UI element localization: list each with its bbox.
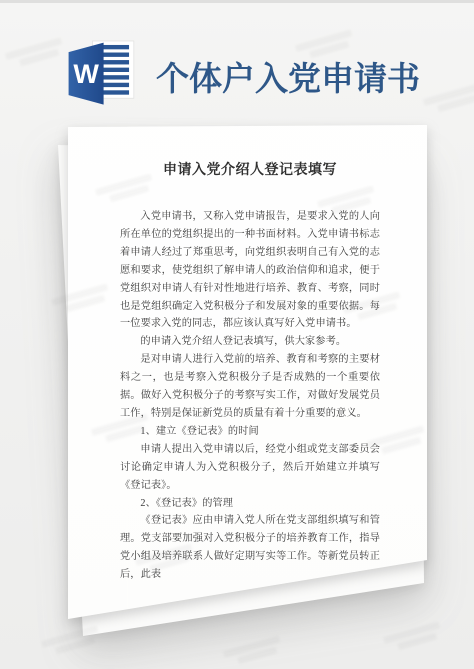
document-body: 申请入党介绍人登记表填写 入党申请书，又称入党申请报告，是要求入党的人向所在单位… — [120, 159, 380, 584]
paper-shadow: 申请入党介绍人登记表填写 入党申请书，又称入党申请报告，是要求入党的人向所在单位… — [0, 3, 474, 669]
document-paragraph: 的申请入党介绍人登记表填写，供大家参考。 — [120, 333, 380, 351]
document-paragraph: 2、《登记表》的管理 — [120, 495, 380, 513]
template-preview-card: W 个体户入党申请书 申请入党介绍人登记表填写 入党申请书，又称入党申请报告，是… — [0, 0, 474, 669]
document-title: 申请入党介绍人登记表填写 — [120, 159, 380, 179]
document-paragraph: 是对申请人进行入党前的培养、教育和考察的主要材料之一，也是考察入党积极分子是否成… — [120, 351, 380, 423]
document-paragraph: 申请人提出入党申请以后，经党小组或党支部委员会讨论确定申请人为入党积极分子，然后… — [120, 441, 380, 495]
document-paragraph: 《登记表》应由申请入党人所在党支部组织填写和管理。党支部要加强对入党积极分子的培… — [120, 512, 380, 584]
document-paper-front: 申请入党介绍人登记表填写 入党申请书，又称入党申请报告，是要求入党的人向所在单位… — [0, 3, 474, 669]
document-paragraph: 1、建立《登记表》的时间 — [120, 423, 380, 441]
document-paragraph: 入党申请书，又称入党申请报告，是要求入党的人向所在单位的党组织提出的一种书面材料… — [120, 208, 380, 333]
